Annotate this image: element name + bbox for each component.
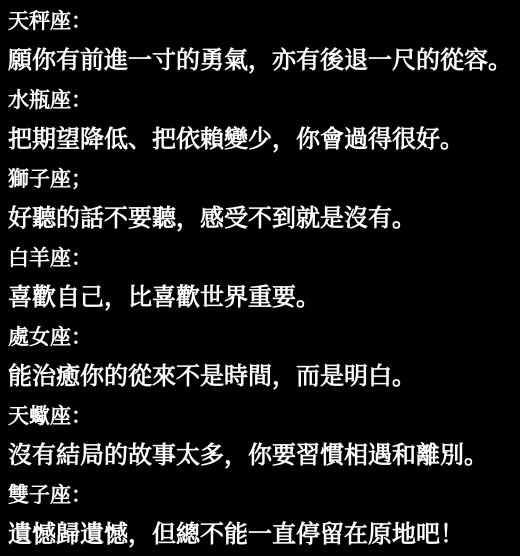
quote-scorpio: 沒有結局的故事太多，你要習慣相遇和離別。 [8,437,514,477]
sign-header-virgo: 處女座： [8,318,514,358]
quote-virgo: 能治癒你的從來不是時間，而是明白。 [8,358,514,398]
sign-header-aquarius: 水瓶座： [8,81,514,121]
zodiac-quotes-page: 天秤座： 願你有前進一寸的勇氣，亦有後退一尺的從容。 水瓶座： 把期望降低、把依… [0,0,520,556]
quote-leo: 好聽的話不要聽，感受不到就是沒有。 [8,200,514,240]
quote-aries: 喜歡自己，比喜歡世界重要。 [8,279,514,319]
quote-gemini: 遺憾歸遺憾，但總不能一直停留在原地吧！ [8,516,514,556]
sign-header-gemini: 雙子座： [8,476,514,516]
sign-header-libra: 天秤座： [8,2,514,42]
quote-aquarius: 把期望降低、把依賴變少，你會過得很好。 [8,121,514,161]
sign-header-aries: 白羊座： [8,239,514,279]
sign-header-leo: 獅子座； [8,160,514,200]
sign-header-scorpio: 天蠍座： [8,397,514,437]
quote-libra: 願你有前進一寸的勇氣，亦有後退一尺的從容。 [8,42,514,82]
